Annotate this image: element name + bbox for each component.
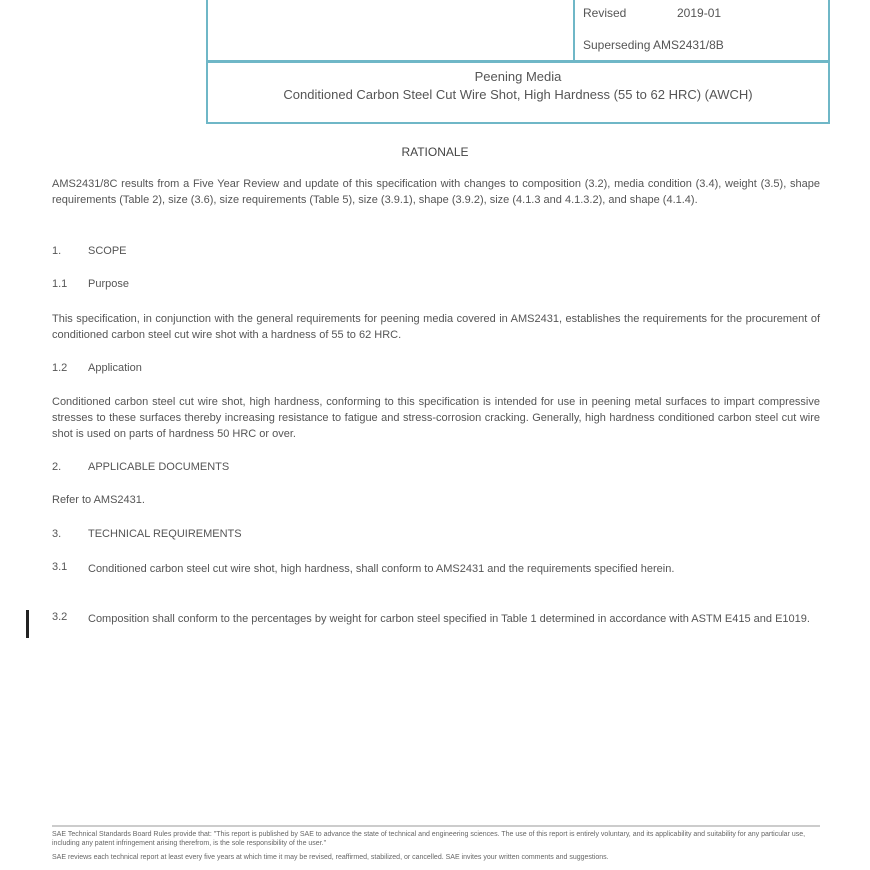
superseding: Superseding AMS2431/8B (583, 38, 724, 52)
document-title: Peening Media Conditioned Carbon Steel C… (208, 68, 828, 104)
application-text: Conditioned carbon steel cut wire shot, … (52, 394, 820, 442)
section-1-1: 1.1Purpose (52, 278, 129, 290)
title-line-2: Conditioned Carbon Steel Cut Wire Shot, … (208, 86, 828, 104)
footer-divider (52, 825, 820, 827)
section-3: 3.TECHNICAL REQUIREMENTS (52, 528, 242, 540)
document-header: Revised 2019-01 Superseding AMS2431/8B P… (206, 0, 830, 124)
purpose-text: This specification, in conjunction with … (52, 311, 820, 343)
revised-value: 2019-01 (677, 6, 721, 20)
section-1: 1.SCOPE (52, 245, 127, 257)
revised-label: Revised (583, 6, 626, 20)
section-3-2: 3.2Composition shall conform to the perc… (52, 611, 820, 627)
rationale-heading: RATIONALE (0, 145, 870, 159)
footer-rules: SAE Technical Standards Board Rules prov… (52, 830, 820, 848)
applicable-docs-text: Refer to AMS2431. (52, 494, 145, 506)
title-line-1: Peening Media (208, 68, 828, 86)
section-2: 2.APPLICABLE DOCUMENTS (52, 461, 229, 473)
revision-box: Revised 2019-01 Superseding AMS2431/8B (573, 0, 830, 60)
change-bar (26, 610, 29, 638)
section-1-2: 1.2Application (52, 362, 142, 374)
header-top: Revised 2019-01 Superseding AMS2431/8B (208, 0, 828, 63)
rationale-text: AMS2431/8C results from a Five Year Revi… (52, 176, 820, 208)
footer-review: SAE reviews each technical report at lea… (52, 853, 820, 862)
section-3-1: 3.1Conditioned carbon steel cut wire sho… (52, 561, 820, 577)
